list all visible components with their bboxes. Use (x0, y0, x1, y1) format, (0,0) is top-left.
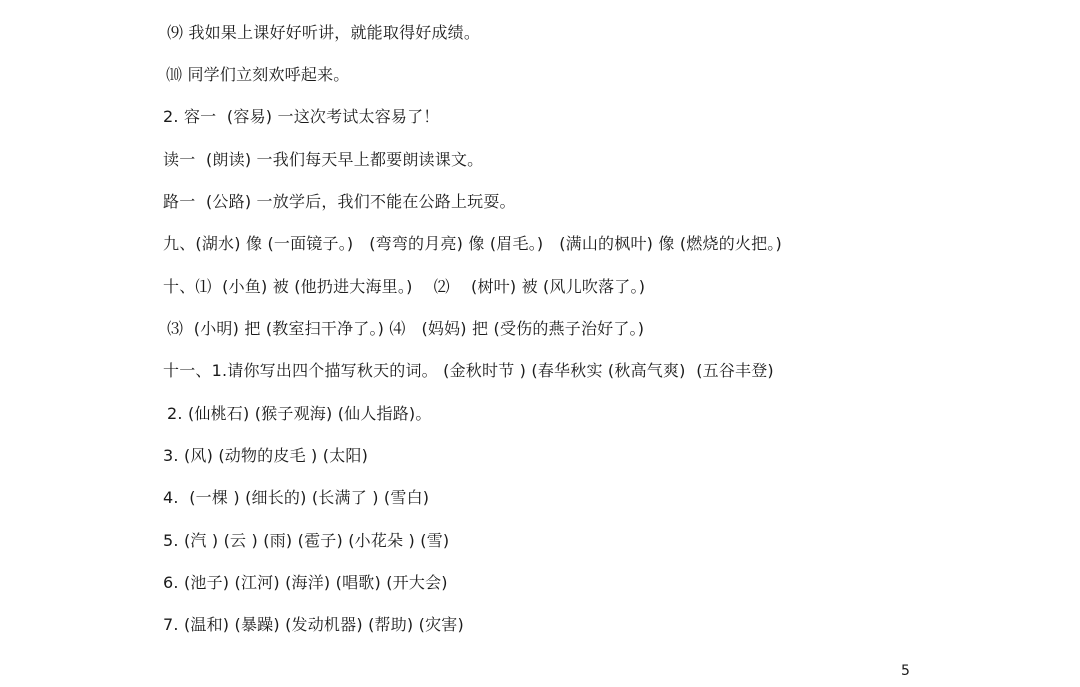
text-line: 十一、1.请你写出四个描写秋天的词。 (金秋时节 ) (春华秋实 (秋高气爽) … (163, 360, 774, 382)
text-line: 九、(湖水) 像 (一面镜子。) (弯弯的月亮) 像 (眉毛。) (满山的枫叶)… (163, 233, 782, 255)
text-line: 2. 容一 (容易) 一这次考试太容易了！ (163, 106, 440, 128)
text-line: 4. (一棵 ) (细长的) (长满了 ) (雪白) (163, 487, 429, 509)
text-line: 5. (汽 ) (云 ) (雨) (雹子) (小花朵 ) (雪) (163, 530, 449, 552)
text-line: ⑽ 同学们立刻欢呼起来。 (166, 64, 350, 86)
text-line: 6. (池子) (江河) (海洋) (唱歌) (开大会) (163, 572, 448, 594)
text-line: 3. (风) (动物的皮毛 ) (太阳) (163, 445, 368, 467)
text-line: 路一 (公路) 一放学后，我们不能在公路上玩耍。 (163, 191, 516, 213)
text-line: 读一 (朗读) 一我们每天早上都要朗读课文。 (163, 149, 483, 171)
text-line: 2. (仙桃石) (猴子观海) (仙人指路)。 (167, 403, 432, 425)
document-page: ⑼ 我如果上课好好听讲，就能取得好成绩。⑽ 同学们立刻欢呼起来。2. 容一 (容… (0, 0, 1080, 687)
text-line: ⑶ (小明) 把 (教室扫干净了。) ⑷ (妈妈) 把 (受伤的燕子治好了。) (167, 318, 644, 340)
page-number: 5 (901, 661, 910, 681)
text-line: 十、⑴ (小鱼) 被 (他扔进大海里。) ⑵ (树叶) 被 (风儿吹落了。) (163, 276, 645, 298)
text-line: 7. (温和) (暴躁) (发动机器) (帮助) (灾害) (163, 614, 464, 636)
text-line: ⑼ 我如果上课好好听讲，就能取得好成绩。 (167, 22, 480, 44)
